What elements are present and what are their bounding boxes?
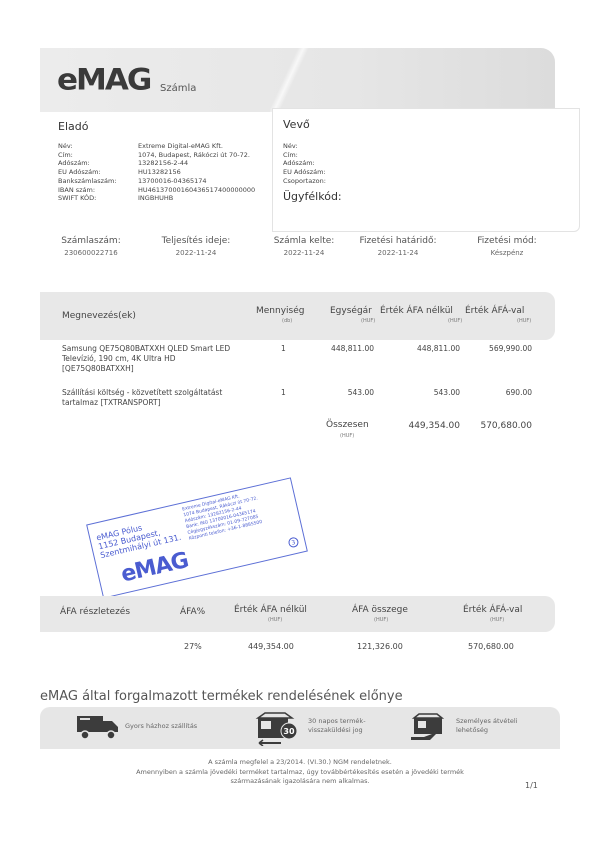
seller-details: Név:Extreme Digital-eMAG Kft. Cím:1074, …	[58, 142, 255, 203]
vat-gross: 570,680.00	[468, 642, 514, 651]
vat-col-net: Érték ÁFA nélkül	[234, 605, 307, 615]
item-name: Szállítási költség - közvetített szolgál…	[62, 388, 247, 408]
benefits-title: eMAG által forgalmazott termékek rendelé…	[40, 689, 403, 704]
benefit-text: Gyors házhoz szállítás	[125, 722, 197, 731]
item-gross: 569,990.00	[470, 344, 532, 353]
return-box-30-icon: 30	[255, 712, 299, 746]
vat-amount: 121,326.00	[357, 642, 403, 651]
seller-title: Eladó	[58, 120, 88, 133]
seller-row-iban: IBAN szám:HU46137000160436517400000000	[58, 186, 255, 195]
buyer-details: Név: Cím: Adószám: EU Adószám: Csoportaz…	[283, 142, 326, 186]
meta-issue-date: Számla kelte: 2022-11-24	[267, 236, 341, 257]
seller-row-eu-tax-number: EU Adószám:HU13282156	[58, 168, 255, 177]
col-header-qty: Mennyiség	[256, 306, 304, 316]
buyer-row-group-id: Csoportazon:	[283, 177, 326, 186]
seller-row-tax-number: Adószám:13282156-2-44	[58, 159, 255, 168]
col-unit-qty: (db)	[282, 318, 292, 324]
customer-code-label: Ügyfélkód:	[283, 190, 342, 203]
pickup-box-hand-icon	[410, 713, 444, 743]
col-header-name: Megnevezés(ek)	[62, 311, 136, 321]
total-net: 449,354.00	[390, 421, 460, 431]
col-unit-gross: (HUF)	[517, 318, 531, 324]
vat-rate: 27%	[184, 642, 202, 651]
buyer-row-eu-tax-number: EU Adószám:	[283, 168, 326, 177]
company-stamp: eMAG Pólus 1152 Budapest, Szentmihályi ú…	[86, 477, 308, 598]
col-unit-unit-price: (HUF)	[361, 318, 375, 324]
vat-col-gross: Érték ÁFÁ-val	[463, 605, 522, 615]
item-gross: 690.00	[470, 388, 532, 397]
meta-due-date: Fizetési határidő: 2022-11-24	[357, 236, 439, 257]
total-unit: (HUF)	[340, 433, 354, 439]
buyer-row-name: Név:	[283, 142, 326, 151]
legal-footer: A számla megfelel a 23/2014. (VI.30.) NG…	[40, 758, 560, 787]
col-header-unit-price: Egységár	[330, 306, 372, 316]
stamp-number-badge: 3	[287, 536, 299, 548]
vat-col-amount: ÁFA összege	[352, 605, 408, 615]
svg-text:30: 30	[283, 727, 295, 736]
vat-unit-gross: (HUF)	[490, 617, 504, 623]
page-number: 1/1	[525, 781, 538, 790]
vat-unit-amount: (HUF)	[374, 617, 388, 623]
benefit-text: Személyes átvételi lehetőség	[456, 717, 531, 735]
col-header-net: Érték ÁFA nélkül	[380, 306, 453, 316]
stamp-logo: eMAG	[119, 548, 191, 588]
seller-row-swift: SWIFT KÓD:INGBHUHB	[58, 194, 255, 203]
item-name: Samsung QE75Q80BATXXH QLED Smart LED Tel…	[62, 344, 247, 374]
document-type: Számla	[160, 83, 196, 94]
meta-fulfillment-date: Teljesítés ideje: 2022-11-24	[156, 236, 236, 257]
item-net: 448,811.00	[400, 344, 460, 353]
meta-invoice-number: Számlaszám: 230600022716	[58, 236, 124, 257]
item-net: 543.00	[400, 388, 460, 397]
item-unit-price: 543.00	[320, 388, 374, 397]
item-qty: 1	[281, 388, 286, 397]
vat-col-breakdown: ÁFA részletezés	[60, 607, 130, 617]
col-unit-net: (HUF)	[448, 318, 462, 324]
seller-row-bank-account: Bankszámlaszám:13700016-04365174	[58, 177, 255, 186]
meta-payment-method: Fizetési mód: Készpénz	[472, 236, 542, 257]
item-qty: 1	[281, 344, 286, 353]
total-gross: 570,680.00	[462, 421, 532, 431]
stamp-company-details: Extreme Digital-eMAG Kft. 1074 Budapest,…	[182, 491, 264, 543]
buyer-row-address: Cím:	[283, 151, 326, 160]
seller-row-name: Név:Extreme Digital-eMAG Kft.	[58, 142, 255, 151]
item-unit-price: 448,811.00	[320, 344, 374, 353]
seller-row-address: Cím:1074, Budapest, Rákóczi út 70-72.	[58, 151, 255, 160]
vat-unit-net: (HUF)	[268, 617, 282, 623]
delivery-truck-icon	[76, 714, 120, 740]
vat-col-rate: ÁFA%	[180, 607, 205, 617]
buyer-row-tax-number: Adószám:	[283, 159, 326, 168]
benefit-text: 30 napos termék-visszaküldési jog	[308, 717, 383, 735]
total-label: Összesen	[326, 420, 369, 430]
buyer-title: Vevő	[283, 118, 310, 131]
col-header-gross: Érték ÁFÁ-val	[465, 306, 524, 316]
vat-net: 449,354.00	[248, 642, 294, 651]
emag-logo: eMAG	[57, 63, 150, 97]
